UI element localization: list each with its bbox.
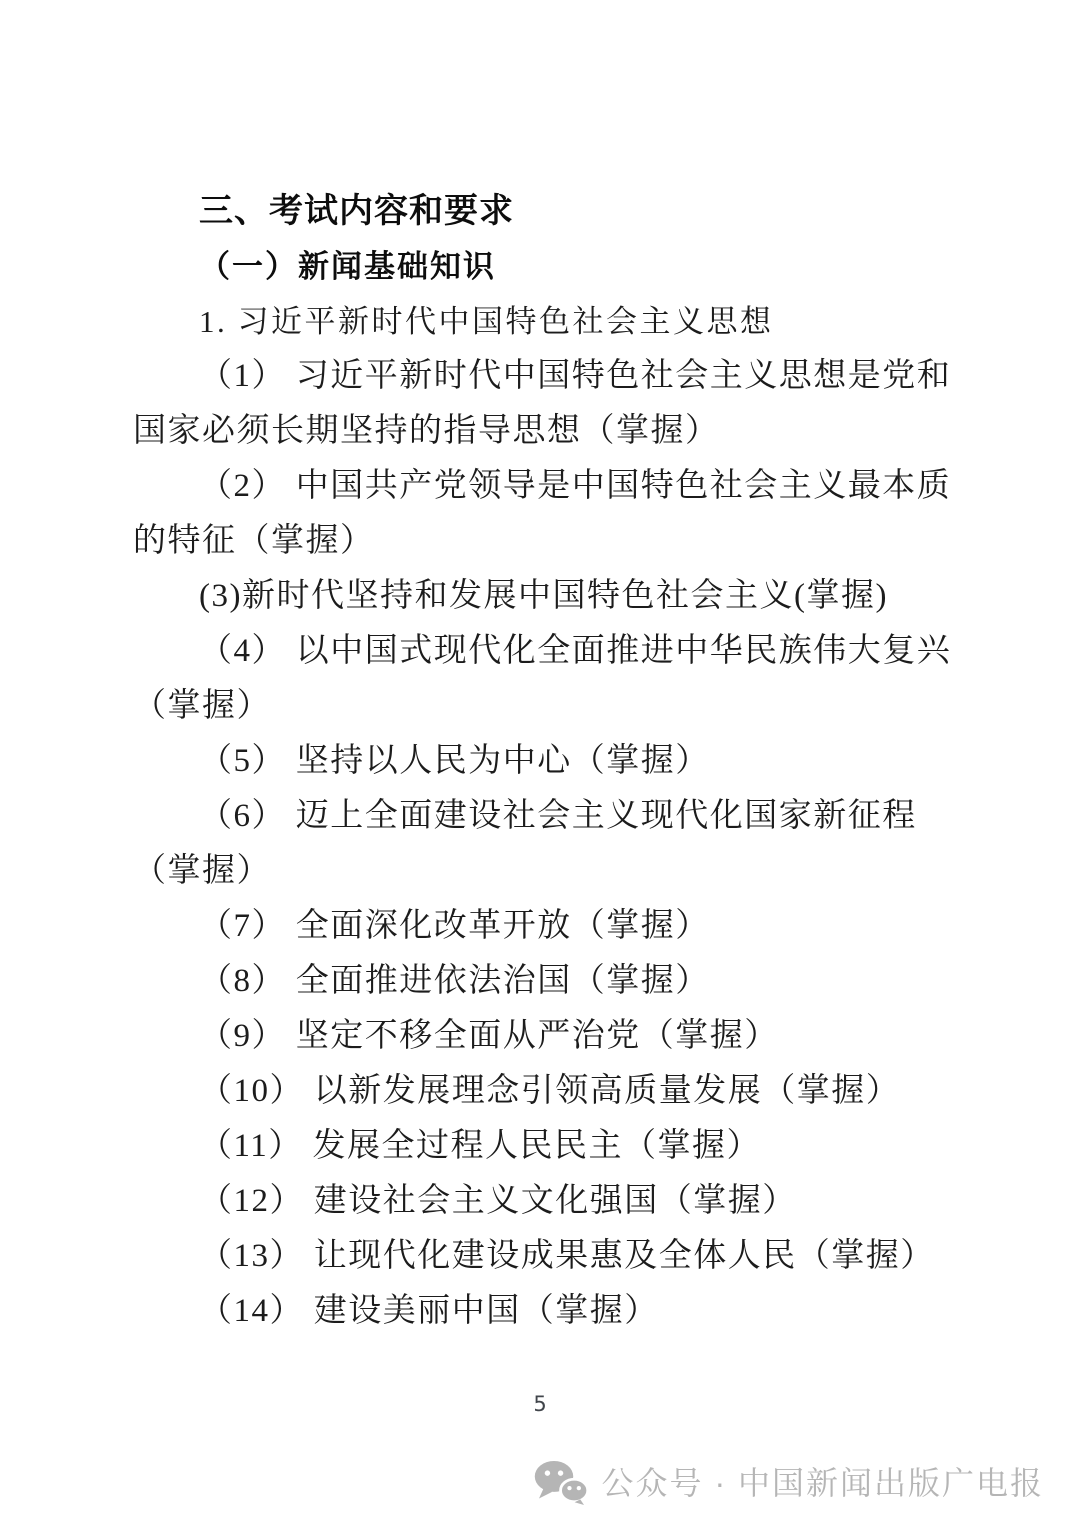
content-line: （掌握） xyxy=(133,679,925,734)
content-line: （13） 让现代化建设成果惠及全体人民（掌握） xyxy=(133,1229,925,1284)
content-line: 国家必须长期坚持的指导思想（掌握） xyxy=(133,404,925,459)
content-line: （14） 建设美丽中国（掌握） xyxy=(133,1284,925,1339)
content-line: 的特征（掌握） xyxy=(133,514,925,569)
content-line: （6） 迈上全面建设社会主义现代化国家新征程 xyxy=(133,789,925,844)
content-line: （12） 建设社会主义文化强国（掌握） xyxy=(133,1174,925,1229)
content-line: （7） 全面深化改革开放（掌握） xyxy=(133,899,925,954)
wechat-icon xyxy=(533,1460,590,1505)
content-line: （4） 以中国式现代化全面推进中华民族伟大复兴 xyxy=(133,624,925,679)
section-heading: 三、考试内容和要求 xyxy=(133,184,925,239)
page-number: 5 xyxy=(0,1390,1080,1418)
content-line: （9） 坚定不移全面从严治党（掌握） xyxy=(133,1009,925,1064)
document-body: 三、考试内容和要求 （一）新闻基础知识 1. 习近平新时代中国特色社会主义思想 … xyxy=(133,184,925,1339)
content-line: （10） 以新发展理念引领高质量发展（掌握） xyxy=(133,1064,925,1119)
content-line: （8） 全面推进依法治国（掌握） xyxy=(133,954,925,1009)
content-line: (3)新时代坚持和发展中国特色社会主义(掌握) xyxy=(133,569,925,624)
subsection-heading: （一）新闻基础知识 xyxy=(133,239,925,294)
content-line: （5） 坚持以人民为中心（掌握） xyxy=(133,734,925,789)
content-line: （掌握） xyxy=(133,844,925,899)
watermark-text: 公众号 · 中国新闻出版广电报 xyxy=(602,1461,1044,1505)
content-line: （11） 发展全过程人民民主（掌握） xyxy=(133,1119,925,1174)
content-line: （1） 习近平新时代中国特色社会主义思想是党和 xyxy=(133,349,925,404)
topic-heading: 1. 习近平新时代中国特色社会主义思想 xyxy=(133,294,925,349)
wechat-watermark: 公众号 · 中国新闻出版广电报 xyxy=(533,1460,1044,1505)
content-line: （2） 中国共产党领导是中国特色社会主义最本质 xyxy=(133,459,925,514)
